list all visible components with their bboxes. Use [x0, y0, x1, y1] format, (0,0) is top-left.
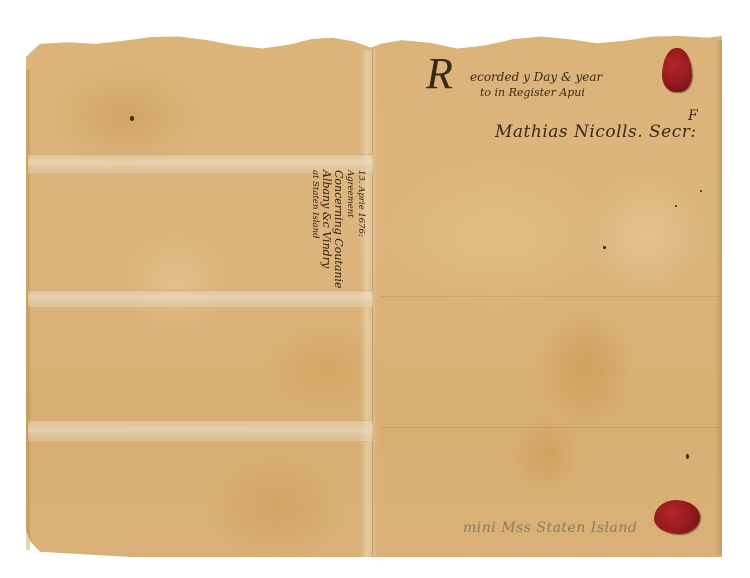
horizontal-fold-lower [380, 427, 720, 428]
annotation-line: Albany &c Vindry [320, 170, 332, 290]
ink-speck [603, 246, 606, 249]
annotation-line: Concerning Coutanie [332, 170, 344, 290]
ink-speck [700, 190, 702, 192]
endorsement-initial: R [426, 52, 453, 96]
pencil-note: mini Mss Staten Island [463, 520, 637, 536]
flourish-mark: F [688, 108, 698, 124]
annotation-line: 13. Aprie 1676: [355, 170, 366, 290]
horizontal-fold-upper [380, 296, 720, 297]
left-edge-shadow [26, 70, 30, 550]
annotation-line: at Staten Island [309, 170, 320, 290]
tape-strip-middle [28, 290, 373, 308]
ink-speck [686, 454, 689, 459]
ink-speck [130, 116, 134, 121]
wax-seal-top [662, 48, 692, 92]
right-edge-shadow [716, 40, 722, 555]
secretary-signature: Mathias Nicolls. Secr: [495, 122, 697, 142]
wax-seal-bottom [654, 500, 700, 534]
tape-strip-bottom [28, 420, 373, 442]
manuscript-document: 13. Aprie 1676: Agreement Concerning Cou… [0, 0, 750, 578]
docket-annotation: 13. Aprie 1676: Agreement Concerning Cou… [270, 170, 390, 270]
endorsement-line-2: to in Register Apui [480, 86, 585, 99]
annotation-line: Agreement [344, 170, 355, 290]
ink-speck [675, 205, 677, 207]
endorsement-line-1: ecorded y Day & year [470, 70, 602, 84]
